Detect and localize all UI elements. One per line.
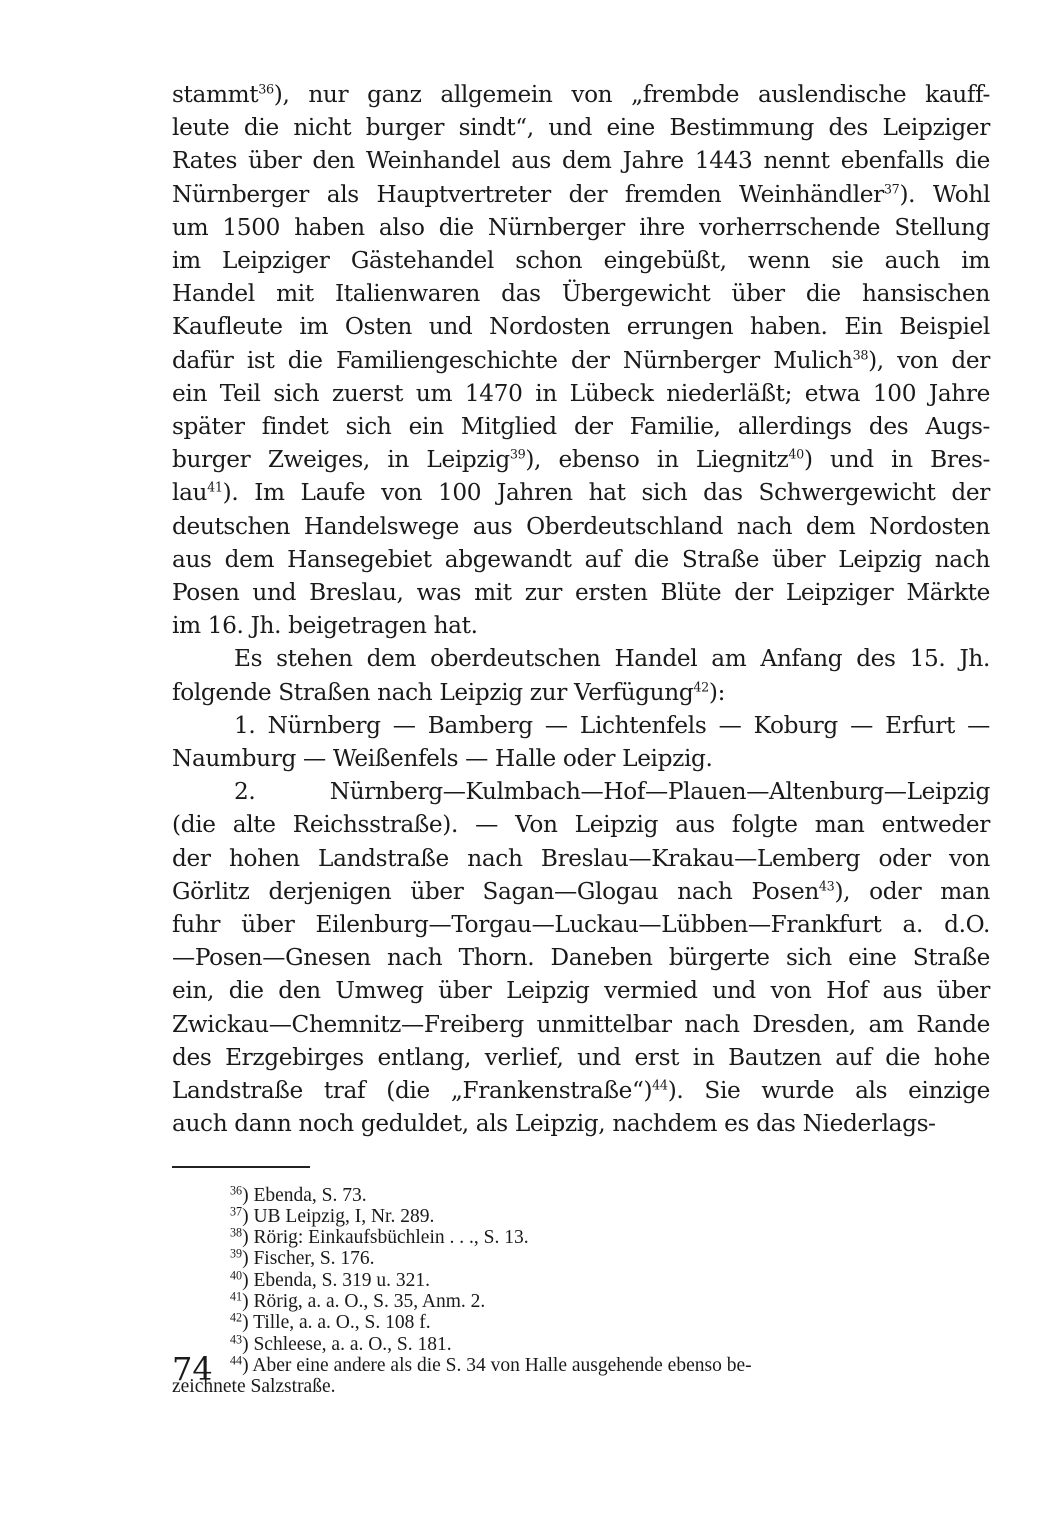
body-text: stammt36), nur ganz allgemein von „fremb…: [172, 78, 990, 1141]
text-line: burger Zweiges, in Leipzig39), ebenso in…: [172, 443, 990, 476]
text-line: ein, die den Umweg über Leipzig vermied …: [172, 974, 990, 1007]
footnote-38: 38) Rörig: Einkaufsbüchlein . . ., S. 13…: [172, 1227, 990, 1248]
footnote-44-continuation: zeichnete Salzstraße.: [172, 1376, 990, 1397]
footnote-reference: 43: [819, 880, 835, 895]
text-line: Rates über den Weinhandel aus dem Jahre …: [172, 144, 990, 177]
footnote-reference: 37: [884, 182, 900, 197]
text-line: Es stehen dem oberdeutschen Handel am An…: [172, 642, 990, 675]
footnote-reference: 40: [788, 448, 804, 463]
footnote-37: 37) UB Leipzig, I, Nr. 289.: [172, 1206, 990, 1227]
footnote-reference: 42: [693, 680, 709, 695]
text-line: Görlitz derjenigen über Sagan—Glogau nac…: [172, 875, 990, 908]
footnote-reference: 39: [510, 448, 526, 463]
paragraph-2: Es stehen dem oberdeutschen Handel am An…: [172, 642, 990, 708]
text-line: lau41). Im Laufe von 100 Jahren hat sich…: [172, 476, 990, 509]
footnote-reference: 38: [853, 348, 869, 363]
text-line: folgende Straßen nach Leipzig zur Verfüg…: [172, 676, 990, 709]
footnote-39: 39) Fischer, S. 176.: [172, 1248, 990, 1269]
text-line: —Posen—Gnesen nach Thorn. Daneben bürger…: [172, 941, 990, 974]
text-line: Kaufleute im Osten und Nordosten errunge…: [172, 310, 990, 343]
footnote-41: 41) Rörig, a. a. O., S. 35, Anm. 2.: [172, 1291, 990, 1312]
text-line: im 16. Jh. beigetragen hat.: [172, 609, 990, 642]
text-line: stammt36), nur ganz allgemein von „fremb…: [172, 78, 990, 111]
text-line: auch dann noch geduldet, als Leipzig, na…: [172, 1107, 990, 1140]
footnote-36: 36) Ebenda, S. 73.: [172, 1185, 990, 1206]
text-line: 1. Nürnberg — Bamberg — Lichtenfels — Ko…: [172, 709, 990, 742]
text-line: der hohen Landstraße nach Breslau—Krakau…: [172, 842, 990, 875]
text-line: später findet sich ein Mitglied der Fami…: [172, 410, 990, 443]
text-line: um 1500 haben also die Nürnberger ihre v…: [172, 211, 990, 244]
text-line: Landstraße traf (die „Frankenstraße“)44)…: [172, 1074, 990, 1107]
route-list-item-2: 2. Nürnberg—Kulmbach—Hof—Plauen—Altenbur…: [172, 775, 990, 1140]
footnote-42: 42) Tille, a. a. O., S. 108 f.: [172, 1312, 990, 1333]
route-list-item-1: 1. Nürnberg — Bamberg — Lichtenfels — Ko…: [172, 709, 990, 775]
footnote-reference: 41: [207, 481, 223, 496]
text-line: Naumburg — Weißenfels — Halle oder Leipz…: [172, 742, 990, 775]
paragraph-1: stammt36), nur ganz allgemein von „fremb…: [172, 78, 990, 642]
text-line: dafür ist die Familiengeschichte der Nür…: [172, 344, 990, 377]
text-line: aus dem Hansegebiet abgewandt auf die St…: [172, 543, 990, 576]
text-line: ein Teil sich zuerst um 1470 in Lübeck n…: [172, 377, 990, 410]
text-line: 2. Nürnberg—Kulmbach—Hof—Plauen—Altenbur…: [172, 775, 990, 808]
text-line: Posen und Breslau, was mit zur ersten Bl…: [172, 576, 990, 609]
footnote-40: 40) Ebenda, S. 319 u. 321.: [172, 1270, 990, 1291]
footnote-43: 43) Schleese, a. a. O., S. 181.: [172, 1334, 990, 1355]
text-line: leute die nicht burger sindt“, und eine …: [172, 111, 990, 144]
text-line: Zwickau—Chemnitz—Freiberg unmittelbar na…: [172, 1008, 990, 1041]
text-line: im Leipziger Gästehandel schon eingebüßt…: [172, 244, 990, 277]
footnote-reference: 36: [258, 83, 274, 98]
text-line: des Erzgebirges entlang, verlief, und er…: [172, 1041, 990, 1074]
text-line: (die alte Reichsstraße). — Von Leipzig a…: [172, 808, 990, 841]
footnotes: 36) Ebenda, S. 73. 37) UB Leipzig, I, Nr…: [172, 1185, 990, 1398]
page-number: 74: [172, 1350, 213, 1388]
text-line: deutschen Handelswege aus Oberdeutschlan…: [172, 510, 990, 543]
document-page: stammt36), nur ganz allgemein von „fremb…: [172, 78, 990, 1397]
footnote-44: 44) Aber eine andere als die S. 34 von H…: [172, 1355, 990, 1376]
text-line: Handel mit Italienwaren das Übergewicht …: [172, 277, 990, 310]
footnote-reference: 44: [652, 1079, 668, 1094]
text-line: fuhr über Eilenburg—Torgau—Luckau—Lübben…: [172, 908, 990, 941]
text-line: Nürnberger als Hauptvertreter der fremde…: [172, 178, 990, 211]
footnote-separator: [172, 1166, 310, 1168]
